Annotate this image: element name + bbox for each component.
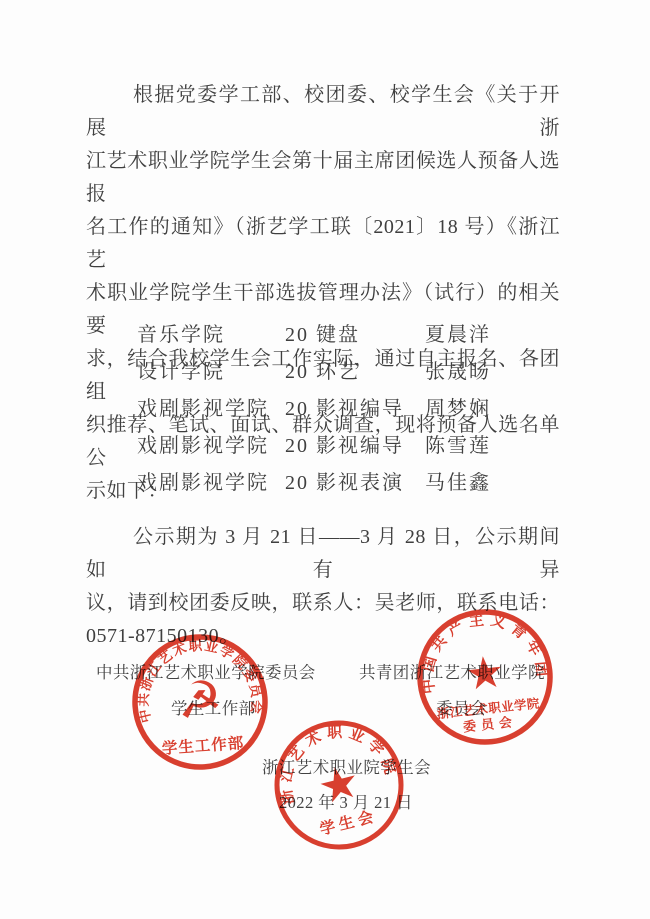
body-paragraph-2: 公示期为 3 月 21 日——3 月 28 日，公示期间如有异 议，请到校团委反… bbox=[86, 521, 560, 653]
party-committee-signature-line1: 中共浙江艺术职业学院委员会 bbox=[96, 659, 316, 683]
signature-date: 2022 年 3 月 21 日 bbox=[279, 789, 413, 813]
roster-major: 20 环艺 bbox=[285, 355, 425, 384]
roster-row: 设计学院 20 环艺 张晟旸 bbox=[137, 351, 565, 388]
roster-major: 20 键盘 bbox=[285, 318, 425, 347]
paragraph-line: 议，请到校团委反映，联系人：吴老师，联系电话： bbox=[86, 587, 560, 620]
roster-name: 周梦娴 bbox=[425, 392, 565, 421]
seal-ring bbox=[264, 710, 414, 860]
student-union-signature: 浙江艺术职业院学生会 bbox=[262, 754, 431, 778]
roster-major: 20 影视表演 bbox=[285, 466, 425, 495]
party-committee-signature-line2: 学生工作部 bbox=[171, 695, 256, 719]
roster-row: 戏剧影视学院 20 影视编导 陈雪莲 bbox=[137, 425, 565, 462]
roster-name: 陈雪莲 bbox=[425, 429, 565, 458]
roster-name: 夏晨洋 bbox=[425, 318, 565, 347]
youth-league-signature-line2: 委员会 bbox=[436, 695, 487, 719]
candidate-roster: 音乐学院 20 键盘 夏晨洋 设计学院 20 环艺 张晟旸 戏剧影视学院 20 … bbox=[137, 314, 565, 499]
roster-major: 20 影视编导 bbox=[285, 392, 425, 421]
roster-college: 戏剧影视学院 bbox=[137, 466, 285, 495]
roster-row: 戏剧影视学院 20 影视编导 周梦娴 bbox=[137, 388, 565, 425]
roster-college: 戏剧影视学院 bbox=[137, 429, 285, 458]
roster-row: 音乐学院 20 键盘 夏晨洋 bbox=[137, 314, 565, 351]
roster-college: 音乐学院 bbox=[137, 318, 285, 347]
youth-league-signature-line1: 共青团浙江艺术职业学院 bbox=[359, 659, 545, 683]
student-union-seal: 浙江艺术职业学院 ★ 学生会 bbox=[254, 700, 424, 870]
roster-name: 马佳鑫 bbox=[425, 466, 565, 495]
paragraph-line: 0571-87150130。 bbox=[86, 620, 560, 653]
roster-name: 张晟旸 bbox=[425, 355, 565, 384]
document-page: 根据党委学工部、校团委、校学生会《关于开展浙 江艺术职业学院学生会第十届主席团候… bbox=[0, 0, 650, 919]
roster-row: 戏剧影视学院 20 影视表演 马佳鑫 bbox=[137, 462, 565, 499]
paragraph-line: 公示期为 3 月 21 日——3 月 28 日，公示期间如有异 bbox=[86, 521, 560, 587]
roster-college: 戏剧影视学院 bbox=[137, 392, 285, 421]
seal-bottom-text: 学生工作部 bbox=[161, 733, 245, 758]
roster-major: 20 影视编导 bbox=[285, 429, 425, 458]
roster-college: 设计学院 bbox=[137, 355, 285, 384]
paragraph-line: 名工作的通知》（浙艺学工联〔2021〕18 号）《浙江艺 bbox=[86, 211, 560, 277]
paragraph-line: 根据党委学工部、校团委、校学生会《关于开展浙 bbox=[86, 79, 560, 145]
paragraph-line: 江艺术职业学院学生会第十届主席团候选人预备人选报 bbox=[86, 145, 560, 211]
